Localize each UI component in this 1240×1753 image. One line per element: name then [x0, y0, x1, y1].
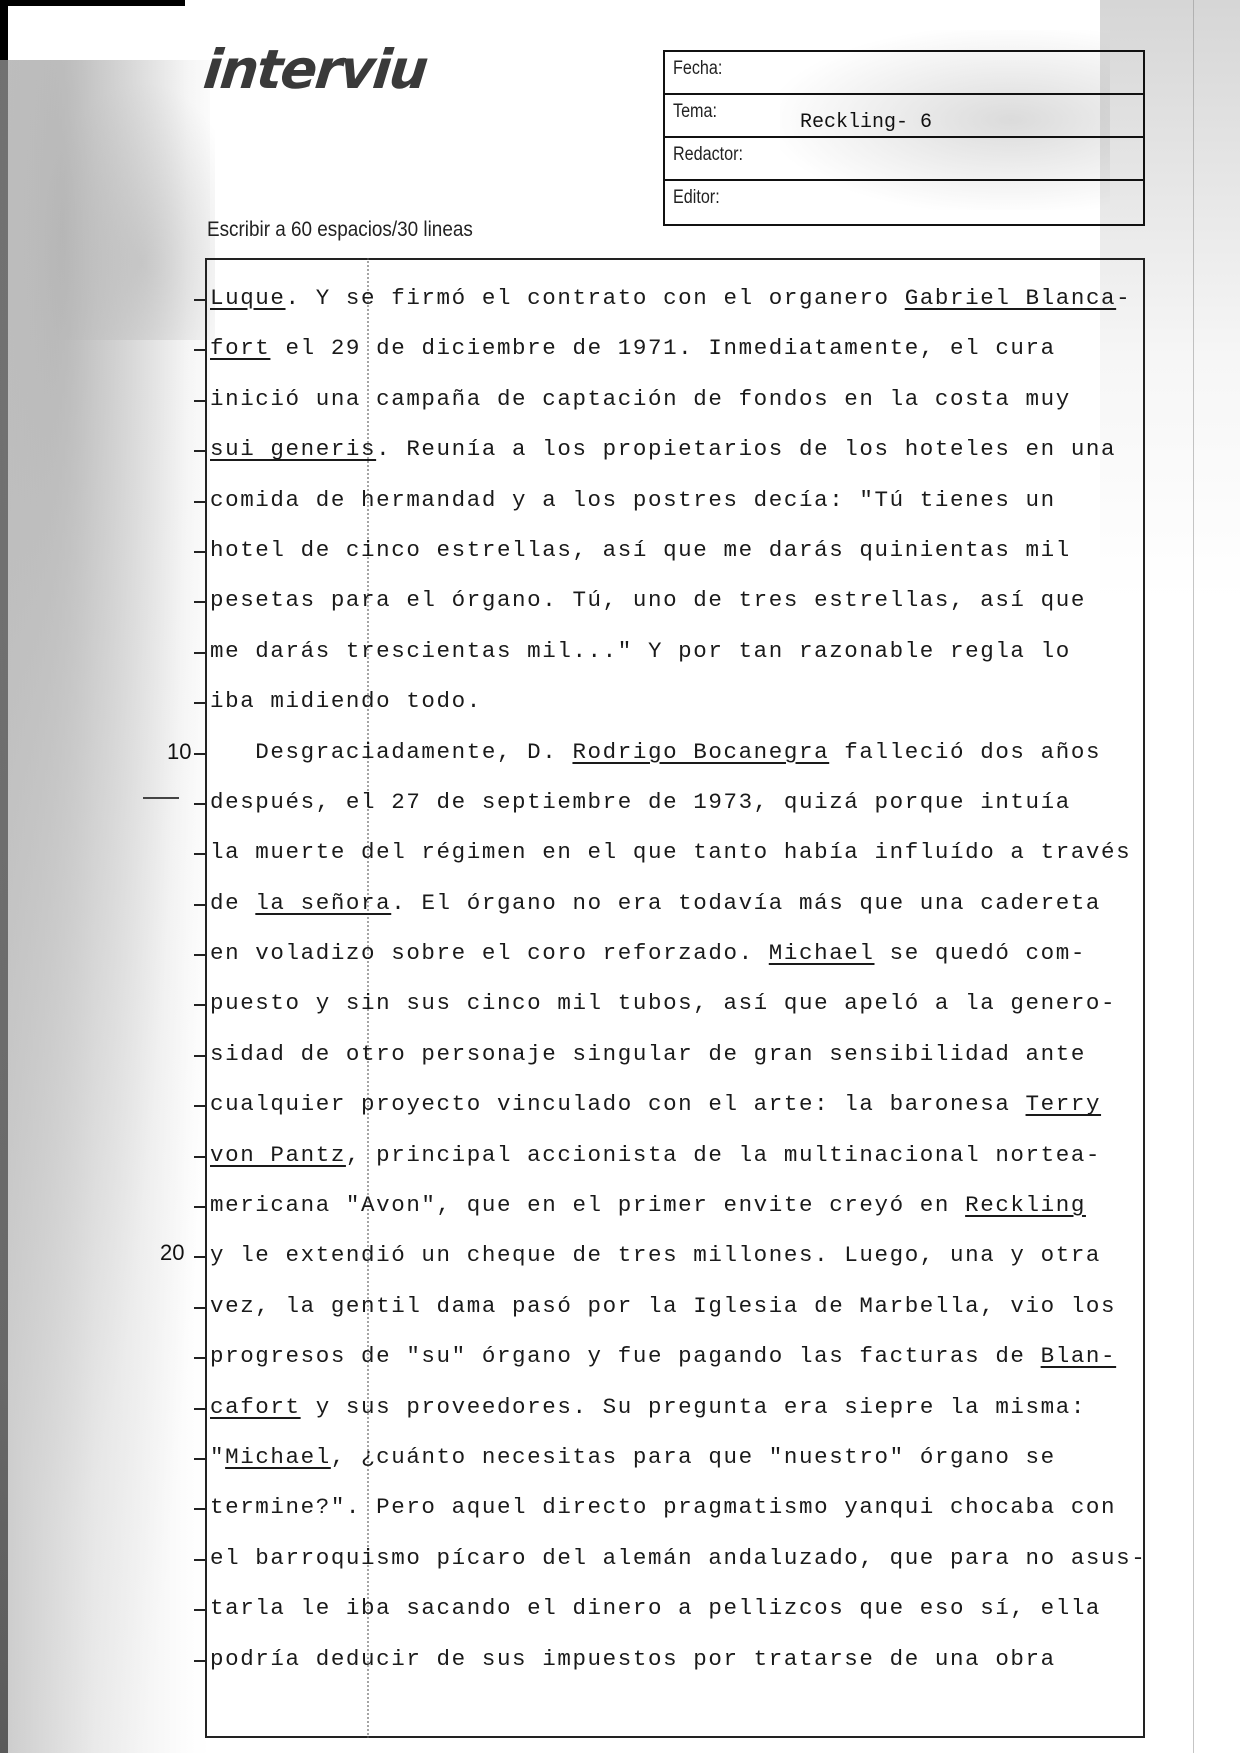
field-tema: Tema: Reckling- 6 — [665, 95, 1143, 138]
underlined-name: sui generis — [210, 436, 376, 462]
line-tick-mark — [194, 400, 206, 402]
scan-shadow-left-top — [35, 80, 215, 340]
field-label: Editor: — [673, 187, 720, 209]
text-line: cafort y sus proveedores. Su pregunta er… — [210, 1394, 1170, 1444]
text-run: . Reunía a los propietarios de los hotel… — [376, 436, 1116, 462]
line-text: sidad de otro personaje singular de gran… — [210, 1041, 1086, 1067]
line-tick-mark — [194, 702, 206, 704]
text-run: puesto y sin sus cinco mil tubos, así qu… — [210, 990, 1116, 1016]
text-run: y le extendió un cheque de tres millones… — [210, 1242, 1101, 1268]
text-line: sidad de otro personaje singular de gran… — [210, 1041, 1170, 1091]
text-run: el barroquismo pícaro del alemán andaluz… — [210, 1545, 1146, 1571]
text-run: cualquier proyecto vinculado con el arte… — [210, 1091, 1026, 1117]
text-line: después, el 27 de septiembre de 1973, qu… — [210, 789, 1170, 839]
header-form: Fecha: Tema: Reckling- 6 Redactor: Edito… — [663, 50, 1145, 226]
line-text: cualquier proyecto vinculado con el arte… — [210, 1091, 1101, 1117]
line-tick-mark — [194, 501, 206, 503]
text-line: y le extendió un cheque de tres millones… — [210, 1242, 1170, 1292]
line-number-20: 20 — [160, 1240, 184, 1266]
line-text: mericana "Avon", que en el primer envite… — [210, 1192, 1086, 1218]
line-tick-mark — [194, 1458, 206, 1460]
underlined-name: fort — [210, 335, 270, 361]
text-run: mericana "Avon", que en el primer envite… — [210, 1192, 965, 1218]
text-line: iba midiendo todo. — [210, 688, 1170, 738]
text-line: termine?". Pero aquel directo pragmatism… — [210, 1494, 1170, 1544]
underlined-name: Michael — [769, 940, 875, 966]
text-line: tarla le iba sacando el dinero a pellizc… — [210, 1595, 1170, 1645]
line-tick-mark — [194, 1156, 206, 1158]
line-tick-mark — [194, 1357, 206, 1359]
margin-mark — [143, 797, 179, 799]
line-tick-mark — [194, 551, 206, 553]
text-run: y sus proveedores. Su pregunta era siepr… — [301, 1394, 1086, 1420]
line-tick-mark — [194, 349, 206, 351]
text-line: la muerte del régimen en el que tanto ha… — [210, 839, 1170, 889]
line-tick-mark — [194, 1508, 206, 1510]
text-run: podría deducir de sus impuestos por trat… — [210, 1646, 1056, 1672]
field-redactor: Redactor: — [665, 138, 1143, 181]
text-run: . El órgano no era todavía más que una c… — [391, 890, 1101, 916]
line-text: puesto y sin sus cinco mil tubos, así qu… — [210, 990, 1116, 1016]
text-line: cualquier proyecto vinculado con el arte… — [210, 1091, 1170, 1141]
line-tick-mark — [194, 853, 206, 855]
line-tick-mark — [194, 753, 206, 755]
underlined-name: la señora — [255, 890, 391, 916]
line-tick-mark — [194, 1206, 206, 1208]
text-run: comida de hermandad y a los postres decí… — [210, 487, 1056, 513]
line-tick-mark — [194, 904, 206, 906]
line-text: hotel de cinco estrellas, así que me dar… — [210, 537, 1071, 563]
underlined-name: Reckling — [965, 1192, 1086, 1218]
line-text: vez, la gentil dama pasó por la Iglesia … — [210, 1293, 1116, 1319]
text-line: mericana "Avon", que en el primer envite… — [210, 1192, 1170, 1242]
text-line: vez, la gentil dama pasó por la Iglesia … — [210, 1293, 1170, 1343]
field-label: Fecha: — [673, 58, 722, 80]
text-run: inició una campaña de captación de fondo… — [210, 386, 1071, 412]
line-tick-mark — [194, 954, 206, 956]
line-tick-mark — [194, 1055, 206, 1057]
underlined-name: Terry — [1026, 1091, 1102, 1117]
text-run: Desgraciadamente, D. — [210, 739, 572, 765]
underlined-name: Luque — [210, 285, 286, 311]
text-line: pesetas para el órgano. Tú, uno de tres … — [210, 587, 1170, 637]
field-label: Redactor: — [673, 144, 743, 166]
text-line: "Michael, ¿cuánto necesitas para que "nu… — [210, 1444, 1170, 1494]
line-text: en voladizo sobre el coro reforzado. Mic… — [210, 940, 1086, 966]
line-tick-mark — [194, 1408, 206, 1410]
line-text: "Michael, ¿cuánto necesitas para que "nu… — [210, 1444, 1056, 1470]
line-tick-mark — [194, 1256, 206, 1258]
text-line: me darás trescientas mil..." Y por tan r… — [210, 638, 1170, 688]
text-run: tarla le iba sacando el dinero a pellizc… — [210, 1595, 1101, 1621]
text-run: el 29 de diciembre de 1971. Inmediatamen… — [270, 335, 1055, 361]
text-run: - — [1116, 285, 1131, 311]
line-tick-mark — [194, 601, 206, 603]
text-run: se quedó com- — [875, 940, 1086, 966]
typewritten-body: Luque. Y se firmó el contrato con el org… — [210, 285, 1170, 1696]
text-line: Luque. Y se firmó el contrato con el org… — [210, 285, 1170, 335]
line-text: de la señora. El órgano no era todavía m… — [210, 890, 1101, 916]
field-fecha: Fecha: — [665, 52, 1143, 95]
line-tick-mark — [194, 803, 206, 805]
line-text: la muerte del régimen en el que tanto ha… — [210, 839, 1131, 865]
text-run: sidad de otro personaje singular de gran… — [210, 1041, 1086, 1067]
line-tick-mark — [194, 1559, 206, 1561]
text-run: pesetas para el órgano. Tú, uno de tres … — [210, 587, 1086, 613]
line-text: inició una campaña de captación de fondo… — [210, 386, 1071, 412]
text-run: falleció dos años — [829, 739, 1101, 765]
text-line: von Pantz, principal accionista de la mu… — [210, 1142, 1170, 1192]
field-editor: Editor: — [665, 181, 1143, 224]
text-line: puesto y sin sus cinco mil tubos, así qu… — [210, 990, 1170, 1040]
line-tick-mark — [194, 1609, 206, 1611]
line-text: después, el 27 de septiembre de 1973, qu… — [210, 789, 1071, 815]
text-run: , principal accionista de la multinacion… — [346, 1142, 1101, 1168]
text-line: inició una campaña de captación de fondo… — [210, 386, 1170, 436]
text-line: en voladizo sobre el coro reforzado. Mic… — [210, 940, 1170, 990]
underlined-name: Gabriel Blanca — [905, 285, 1116, 311]
text-run: la muerte del régimen en el que tanto ha… — [210, 839, 1131, 865]
line-tick-mark — [194, 1004, 206, 1006]
text-line: hotel de cinco estrellas, así que me dar… — [210, 537, 1170, 587]
text-line: fort el 29 de diciembre de 1971. Inmedia… — [210, 335, 1170, 385]
field-value: Reckling- 6 — [800, 111, 932, 134]
line-tick-mark — [194, 1660, 206, 1662]
underlined-name: Michael — [225, 1444, 331, 1470]
text-run: me darás trescientas mil..." Y por tan r… — [210, 638, 1071, 664]
text-run: hotel de cinco estrellas, así que me dar… — [210, 537, 1071, 563]
line-text: me darás trescientas mil..." Y por tan r… — [210, 638, 1071, 664]
line-text: el barroquismo pícaro del alemán andaluz… — [210, 1545, 1146, 1571]
line-text: progresos de "su" órgano y fue pagando l… — [210, 1343, 1116, 1369]
line-text: tarla le iba sacando el dinero a pellizc… — [210, 1595, 1101, 1621]
text-line: comida de hermandad y a los postres decí… — [210, 487, 1170, 537]
text-run: " — [210, 1444, 225, 1470]
text-run: iba midiendo todo. — [210, 688, 482, 714]
line-text: Luque. Y se firmó el contrato con el org… — [210, 285, 1131, 311]
fold-line — [1193, 0, 1194, 1753]
text-line: progresos de "su" órgano y fue pagando l… — [210, 1343, 1170, 1393]
interviu-logo: interviu — [201, 38, 430, 101]
text-run: . Y se firmó el contrato con el organero — [286, 285, 905, 311]
text-run: en voladizo sobre el coro reforzado. — [210, 940, 769, 966]
text-line: Desgraciadamente, D. Rodrigo Bocanegra f… — [210, 739, 1170, 789]
text-run: progresos de "su" órgano y fue pagando l… — [210, 1343, 1041, 1369]
line-tick-mark — [194, 652, 206, 654]
line-text: iba midiendo todo. — [210, 688, 482, 714]
line-tick-mark — [194, 299, 206, 301]
text-run: vez, la gentil dama pasó por la Iglesia … — [210, 1293, 1116, 1319]
writing-instructions: Escribir a 60 espacios/30 lineas — [207, 218, 473, 242]
underlined-name: Rodrigo Bocanegra — [572, 739, 829, 765]
scan-edge-top — [0, 0, 185, 6]
line-tick-mark — [194, 1105, 206, 1107]
underlined-name: cafort — [210, 1394, 301, 1420]
text-run: después, el 27 de septiembre de 1973, qu… — [210, 789, 1071, 815]
text-line: sui generis. Reunía a los propietarios d… — [210, 436, 1170, 486]
text-run: termine?". Pero aquel directo pragmatism… — [210, 1494, 1116, 1520]
line-text: podría deducir de sus impuestos por trat… — [210, 1646, 1056, 1672]
text-line: de la señora. El órgano no era todavía m… — [210, 890, 1170, 940]
line-text: fort el 29 de diciembre de 1971. Inmedia… — [210, 335, 1056, 361]
text-line: el barroquismo pícaro del alemán andaluz… — [210, 1545, 1170, 1595]
line-text: y le extendió un cheque de tres millones… — [210, 1242, 1101, 1268]
line-number-10: 10 — [167, 739, 191, 765]
line-tick-mark — [194, 450, 206, 452]
line-text: pesetas para el órgano. Tú, uno de tres … — [210, 587, 1086, 613]
underlined-name: von Pantz — [210, 1142, 346, 1168]
line-text: cafort y sus proveedores. Su pregunta er… — [210, 1394, 1086, 1420]
field-label: Tema: — [673, 101, 717, 123]
line-text: comida de hermandad y a los postres decí… — [210, 487, 1056, 513]
line-text: sui generis. Reunía a los propietarios d… — [210, 436, 1116, 462]
line-text: Desgraciadamente, D. Rodrigo Bocanegra f… — [210, 739, 1101, 765]
text-run: de — [210, 890, 255, 916]
text-run: , ¿cuánto necesitas para que "nuestro" ó… — [331, 1444, 1056, 1470]
underlined-name: Blan- — [1041, 1343, 1117, 1369]
text-line: podría deducir de sus impuestos por trat… — [210, 1646, 1170, 1696]
line-text: von Pantz, principal accionista de la mu… — [210, 1142, 1101, 1168]
line-text: termine?". Pero aquel directo pragmatism… — [210, 1494, 1116, 1520]
line-tick-mark — [194, 1307, 206, 1309]
